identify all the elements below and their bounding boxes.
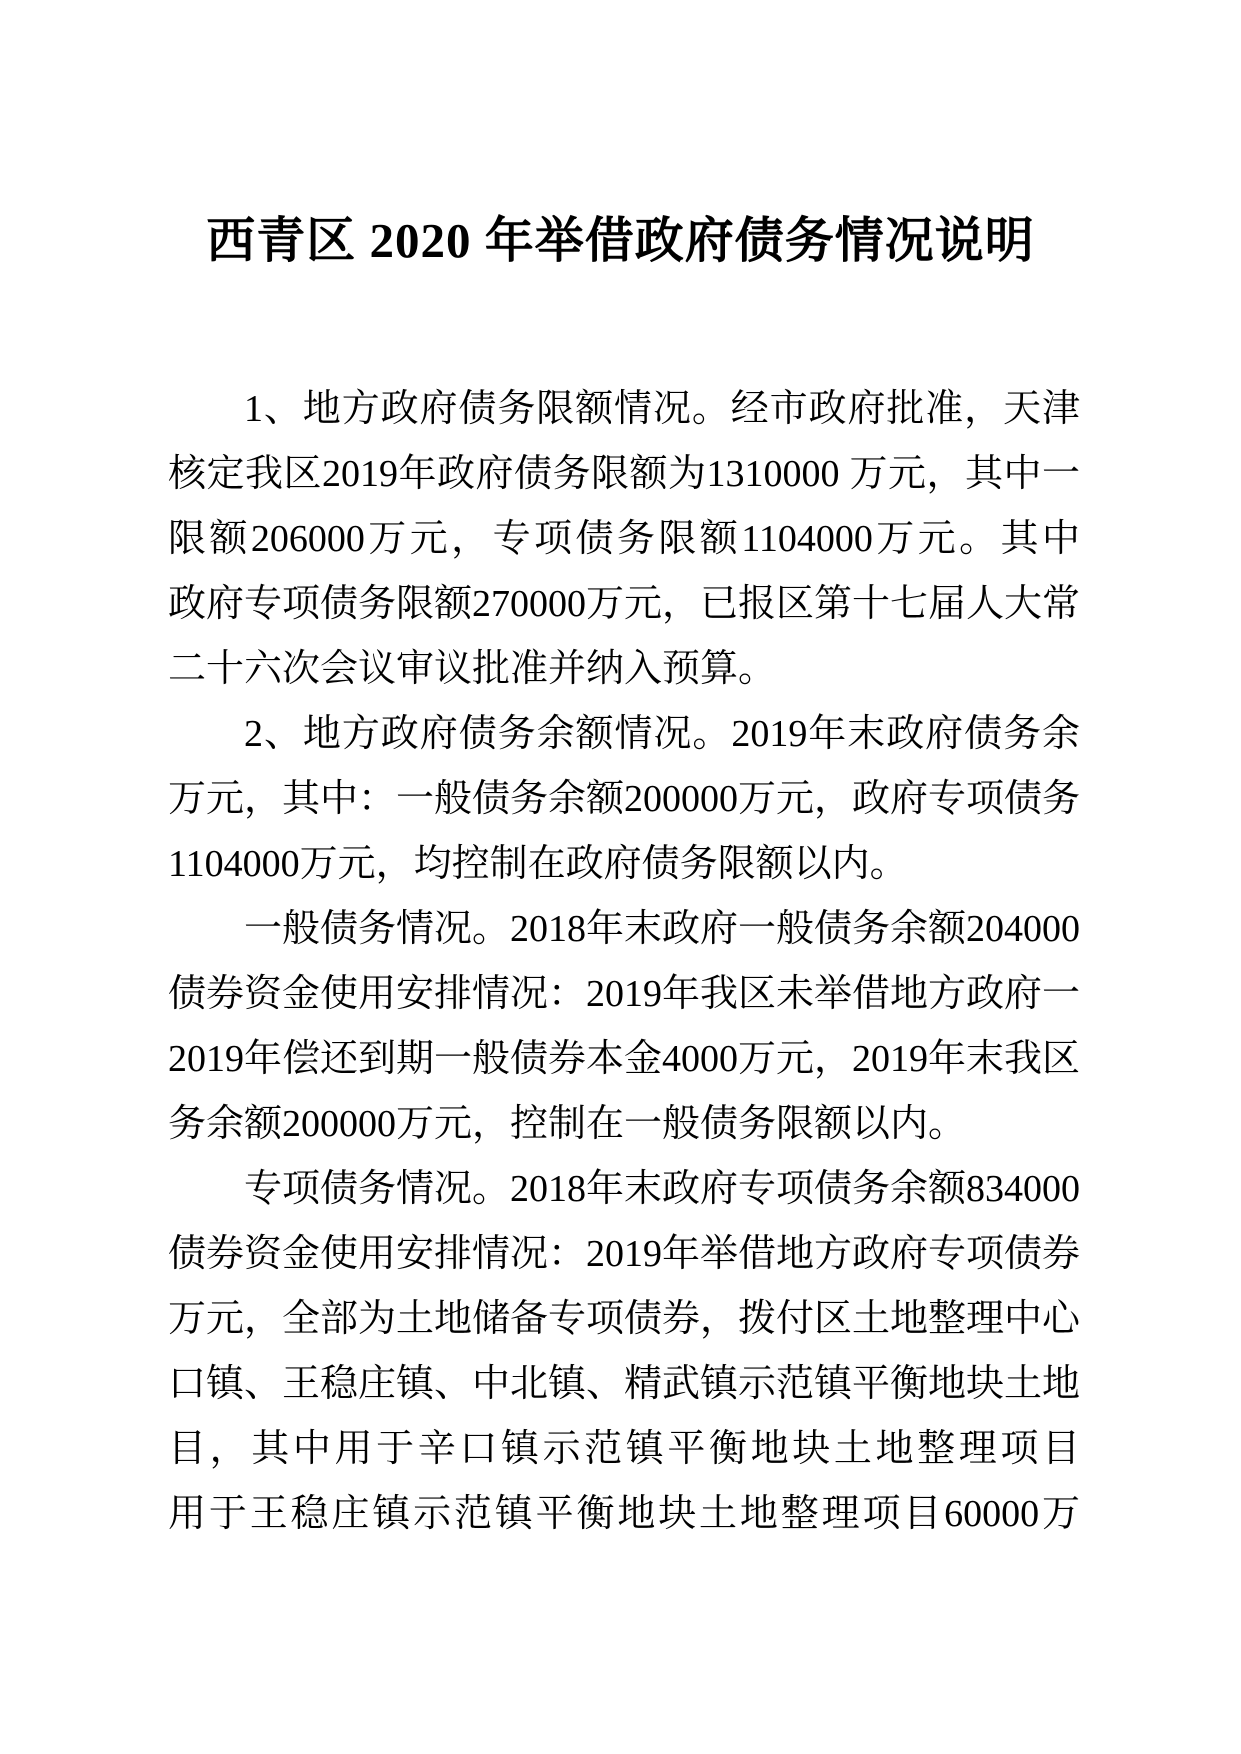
paragraph-special-debt: 专项债务情况。2018年末政府专项债务余额834000万元。 债券资金使用安排情…	[168, 1157, 1080, 1547]
paragraph-general-debt: 一般债务情况。2018年末政府一般债务余额204000万元。 债券资金使用安排情…	[168, 897, 1080, 1157]
document-title: 西青区 2020 年举借政府债务情况说明	[0, 205, 1241, 277]
text-line: 债券资金使用安排情况：2019年举借地方政府专项债券270000	[168, 1222, 1080, 1287]
text-line: 限额206000万元，专项债务限额1104000万元。其中2019年新增	[168, 507, 1080, 572]
text-line: 务余额200000万元，控制在一般债务限额以内。	[168, 1092, 1080, 1157]
text-line: 债券资金使用安排情况：2019年我区未举借地方政府一般债券。	[168, 962, 1080, 1027]
text-line: 二十六次会议审议批准并纳入预算。	[168, 637, 1080, 702]
text-line: 一般债务情况。2018年末政府一般债务余额204000万元。	[168, 897, 1080, 962]
text-line: 1、地方政府债务限额情况。经市政府批准，天津市财政局	[168, 377, 1080, 442]
paragraph-debt-balance: 2、地方政府债务余额情况。2019年末政府债务余额1304000 万元，其中：一…	[168, 702, 1080, 897]
text-line: 政府专项债务限额270000万元，已报区第十七届人大常委会第	[168, 572, 1080, 637]
text-line: 万元，全部为土地储备专项债券，拨付区土地整理中心用于辛	[168, 1287, 1080, 1352]
document-page: 西青区 2020 年举借政府债务情况说明 1、地方政府债务限额情况。经市政府批准…	[0, 0, 1241, 1754]
text-line: 2019年偿还到期一般债券本金4000万元，2019年末我区一般债	[168, 1027, 1080, 1092]
text-line: 1104000万元，均控制在政府债务限额以内。	[168, 832, 1080, 897]
document-body: 1、地方政府债务限额情况。经市政府批准，天津市财政局 核定我区2019年政府债务…	[168, 377, 1080, 1547]
text-line: 目，其中用于辛口镇示范镇平衡地块土地整理项目80000万元，	[168, 1417, 1080, 1482]
text-line: 口镇、王稳庄镇、中北镇、精武镇示范镇平衡地块土地整理项	[168, 1352, 1080, 1417]
paragraph-debt-limit: 1、地方政府债务限额情况。经市政府批准，天津市财政局 核定我区2019年政府债务…	[168, 377, 1080, 702]
text-line: 用于王稳庄镇示范镇平衡地块土地整理项目60000万元，用于中	[168, 1482, 1080, 1547]
text-line: 专项债务情况。2018年末政府专项债务余额834000万元。	[168, 1157, 1080, 1222]
text-line: 万元，其中：一般债务余额200000万元，政府专项债务余额为	[168, 767, 1080, 832]
text-line: 核定我区2019年政府债务限额为1310000 万元，其中一般债务	[168, 442, 1080, 507]
text-line: 2、地方政府债务余额情况。2019年末政府债务余额1304000	[168, 702, 1080, 767]
